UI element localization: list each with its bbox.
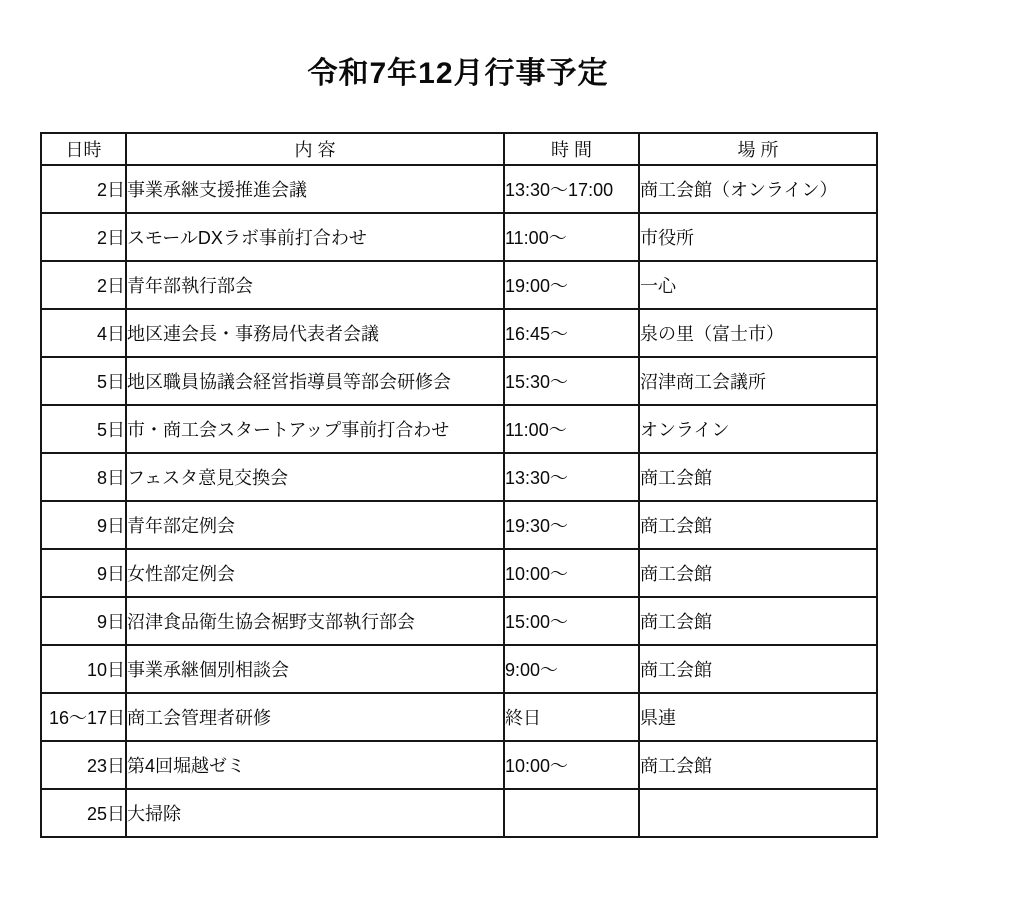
time-cell: 19:00～	[504, 261, 639, 309]
date-cell: 25日	[41, 789, 126, 837]
time-cell: 13:30～17:00	[504, 165, 639, 213]
content-cell: 市・商工会スタートアップ事前打合わせ	[126, 405, 504, 453]
content-cell: 沼津食品衛生協会裾野支部執行部会	[126, 597, 504, 645]
table-row: 9日女性部定例会10:00～商工会館	[41, 549, 877, 597]
schedule-table: 日時 内 容 時 間 場 所 2日事業承継支援推進会議13:30～17:00商工…	[40, 132, 878, 838]
date-cell: 16～17日	[41, 693, 126, 741]
table-row: 16～17日商工会管理者研修終日県連	[41, 693, 877, 741]
content-cell: 女性部定例会	[126, 549, 504, 597]
date-cell: 8日	[41, 453, 126, 501]
table-row: 2日青年部執行部会19:00～一心	[41, 261, 877, 309]
content-cell: 青年部執行部会	[126, 261, 504, 309]
date-cell: 2日	[41, 213, 126, 261]
schedule-table-header: 日時 内 容 時 間 場 所	[41, 133, 877, 165]
content-cell: フェスタ意見交換会	[126, 453, 504, 501]
header-row: 日時 内 容 時 間 場 所	[41, 133, 877, 165]
place-cell: 泉の里（富士市）	[639, 309, 877, 357]
date-cell: 9日	[41, 549, 126, 597]
date-cell: 23日	[41, 741, 126, 789]
document-page: 令和7年12月行事予定 日時 内 容 時 間 場 所 2日事業承継支援推進会議1…	[0, 0, 1024, 901]
date-cell: 5日	[41, 357, 126, 405]
date-cell: 9日	[41, 597, 126, 645]
table-row: 2日スモールDXラボ事前打合わせ11:00～市役所	[41, 213, 877, 261]
place-cell: 商工会館	[639, 453, 877, 501]
table-row: 4日地区連会長・事務局代表者会議16:45～泉の里（富士市）	[41, 309, 877, 357]
table-row: 10日事業承継個別相談会9:00～商工会館	[41, 645, 877, 693]
place-cell: 県連	[639, 693, 877, 741]
time-cell: 9:00～	[504, 645, 639, 693]
table-row: 25日大掃除	[41, 789, 877, 837]
table-row: 5日市・商工会スタートアップ事前打合わせ11:00～オンライン	[41, 405, 877, 453]
content-cell: スモールDXラボ事前打合わせ	[126, 213, 504, 261]
table-row: 8日フェスタ意見交換会13:30～商工会館	[41, 453, 877, 501]
header-content: 内 容	[126, 133, 504, 165]
place-cell: 商工会館	[639, 501, 877, 549]
place-cell: 沼津商工会議所	[639, 357, 877, 405]
time-cell: 13:30～	[504, 453, 639, 501]
header-date: 日時	[41, 133, 126, 165]
table-row: 23日第4回堀越ゼミ10:00～商工会館	[41, 741, 877, 789]
place-cell: オンライン	[639, 405, 877, 453]
place-cell: 一心	[639, 261, 877, 309]
time-cell: 10:00～	[504, 741, 639, 789]
table-row: 9日沼津食品衛生協会裾野支部執行部会15:00～商工会館	[41, 597, 877, 645]
date-cell: 10日	[41, 645, 126, 693]
time-cell: 11:00～	[504, 213, 639, 261]
content-cell: 青年部定例会	[126, 501, 504, 549]
time-cell: 15:30～	[504, 357, 639, 405]
date-cell: 2日	[41, 261, 126, 309]
table-row: 5日地区職員協議会経営指導員等部会研修会15:30～沼津商工会議所	[41, 357, 877, 405]
time-cell: 15:00～	[504, 597, 639, 645]
place-cell: 市役所	[639, 213, 877, 261]
content-cell: 大掃除	[126, 789, 504, 837]
place-cell: 商工会館（オンライン）	[639, 165, 877, 213]
content-cell: 商工会管理者研修	[126, 693, 504, 741]
time-cell: 終日	[504, 693, 639, 741]
page-title: 令和7年12月行事予定	[40, 48, 876, 92]
place-cell: 商工会館	[639, 741, 877, 789]
date-cell: 5日	[41, 405, 126, 453]
time-cell: 11:00～	[504, 405, 639, 453]
place-cell	[639, 789, 877, 837]
table-row: 9日青年部定例会19:30～商工会館	[41, 501, 877, 549]
time-cell: 16:45～	[504, 309, 639, 357]
schedule-table-body: 2日事業承継支援推進会議13:30～17:00商工会館（オンライン）2日スモール…	[41, 165, 877, 837]
date-cell: 9日	[41, 501, 126, 549]
content-cell: 地区職員協議会経営指導員等部会研修会	[126, 357, 504, 405]
date-cell: 2日	[41, 165, 126, 213]
date-cell: 4日	[41, 309, 126, 357]
table-row: 2日事業承継支援推進会議13:30～17:00商工会館（オンライン）	[41, 165, 877, 213]
place-cell: 商工会館	[639, 549, 877, 597]
place-cell: 商工会館	[639, 597, 877, 645]
time-cell: 19:30～	[504, 501, 639, 549]
header-time: 時 間	[504, 133, 639, 165]
content-cell: 事業承継個別相談会	[126, 645, 504, 693]
time-cell: 10:00～	[504, 549, 639, 597]
content-cell: 第4回堀越ゼミ	[126, 741, 504, 789]
time-cell	[504, 789, 639, 837]
content-cell: 事業承継支援推進会議	[126, 165, 504, 213]
header-place: 場 所	[639, 133, 877, 165]
content-cell: 地区連会長・事務局代表者会議	[126, 309, 504, 357]
place-cell: 商工会館	[639, 645, 877, 693]
